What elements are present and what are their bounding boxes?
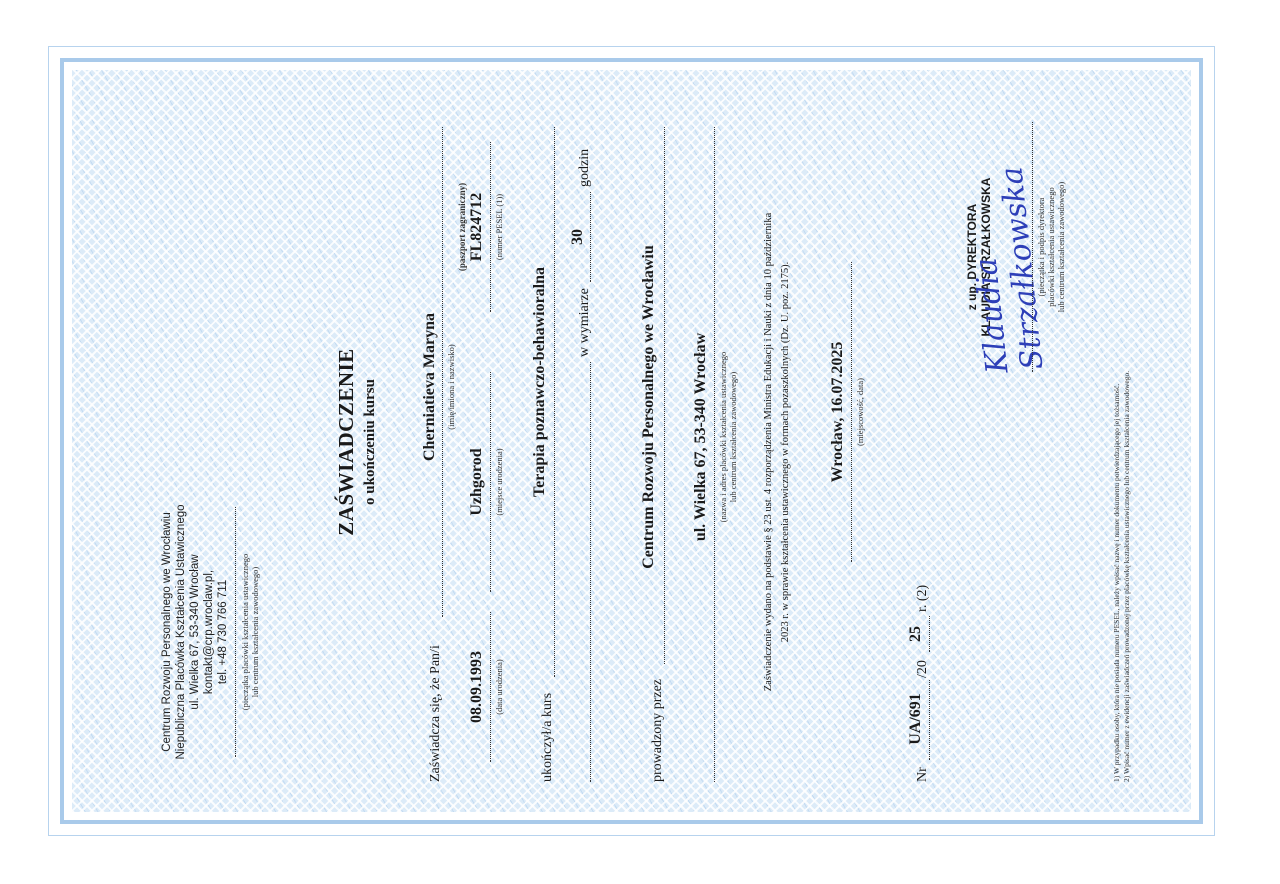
caption-line: lub centrum kształcenia zawodowego)	[1056, 122, 1066, 372]
legal-basis-line: Zaświadczenie wydano na podstawie § 23 u…	[760, 122, 777, 782]
certificate-year: 25	[907, 616, 925, 652]
institution-stamp-line	[235, 507, 236, 757]
provider-address-line	[714, 127, 715, 782]
institution-header: Centrum Rozwoju Personalnego we Wrocławi…	[160, 482, 230, 782]
course-continuation-line	[590, 362, 591, 782]
course-label: ukończył/a kurs	[540, 693, 556, 782]
provider-line	[664, 127, 665, 664]
institution-line: Centrum Rozwoju Personalnego we Wrocławi…	[160, 482, 174, 782]
hours-label: w wymiarze	[577, 288, 593, 357]
certificate-title: ZAŚWIADCZENIE	[334, 292, 359, 592]
course-line	[554, 127, 555, 677]
legal-basis-line: 2023 r. w sprawie kształcenia ustawiczne…	[777, 122, 794, 782]
provider-label: prowadzony przez	[650, 679, 666, 782]
provider-name: Centrum Rozwoju Personalnego we Wrocławi…	[640, 182, 658, 632]
institution-stamp-caption: (pieczątka placówki kształcenia ustawicz…	[240, 482, 260, 782]
birth-place-caption: (miejsce urodzenia)	[494, 372, 504, 592]
institution-line: Niepubliczna Placówka Kształcenia Ustawi…	[174, 482, 188, 782]
footnotes: 1) W przypadku osoby, która nie posiada …	[1112, 92, 1132, 782]
course-hours: 30	[569, 217, 587, 257]
issue-caption: (miejscowość, data)	[855, 262, 865, 562]
name-line	[442, 127, 443, 617]
certificate-sheet: Centrum Rozwoju Personalnego we Wrocławi…	[72, 70, 1191, 812]
person-name: Cherniatieva Maryna	[421, 222, 439, 552]
name-caption: (imię/imiona i nazwisko)	[446, 222, 456, 552]
year-line	[929, 616, 930, 652]
birth-date-line	[490, 612, 491, 762]
caption-line: lub centrum kształcenia zawodowego)	[250, 482, 260, 782]
birth-date: 08.09.1993	[468, 612, 486, 762]
caption-line: (nazwa i adres placówki kształcenia usta…	[718, 262, 728, 612]
hours-unit: godzin	[577, 149, 593, 187]
institution-line: ul. Wielka 67, 53-340 Wrocław	[188, 482, 202, 782]
certificate-number: UA/691	[907, 684, 925, 754]
id-caption: (numer PESEL (1))	[494, 142, 504, 312]
hours-line	[590, 192, 591, 282]
director-caption: (pieczątka i podpis dyrektora placówki k…	[1036, 122, 1066, 372]
course-name: Terapia poznawczo-behawioralna	[531, 202, 549, 562]
person-label: Zaświadcza się, że Pan/i	[428, 645, 444, 782]
provider-caption: (nazwa i adres placówki kształcenia usta…	[718, 262, 738, 612]
footnote: 1) W przypadku osoby, która nie posiada …	[1112, 92, 1122, 782]
id-type: (paszport zagraniczny)	[457, 142, 467, 312]
id-number-line	[490, 142, 491, 312]
caption-line: (pieczątka placówki kształcenia ustawicz…	[240, 482, 250, 782]
issue-place-date: Wrocław, 16.07.2025	[829, 262, 847, 562]
footnote: 2) Wpisać numer z ewidencji zaświadczeń …	[1122, 92, 1132, 782]
certificate-subtitle: o ukończeniu kursu	[362, 292, 379, 592]
director-signature-line	[1032, 122, 1033, 372]
provider-address: ul. Wielka 67, 53-340 Wrocław	[692, 262, 710, 612]
issue-line	[851, 262, 852, 562]
institution-line: tel. +48 730 766 711	[216, 482, 230, 782]
caption-line: (pieczątka i podpis dyrektora	[1036, 122, 1046, 372]
number-suffix: r. (2)	[915, 585, 931, 612]
legal-basis: Zaświadczenie wydano na podstawie § 23 u…	[760, 122, 794, 782]
caption-line: placówki kształcenia ustawicznego	[1046, 122, 1056, 372]
number-line	[929, 680, 930, 760]
birth-place-line	[490, 372, 491, 592]
year-prefix: /20	[915, 660, 931, 678]
institution-line: kontakt@crp.wroclaw.pl,	[202, 482, 216, 782]
birth-place: Uzhgorod	[468, 372, 486, 592]
number-prefix: Nr	[915, 767, 931, 782]
caption-line: lub centrum kształcenia zawodowego)	[728, 262, 738, 612]
birth-date-caption: (data urodzenia)	[494, 612, 504, 762]
id-number: FL824712	[468, 142, 486, 312]
